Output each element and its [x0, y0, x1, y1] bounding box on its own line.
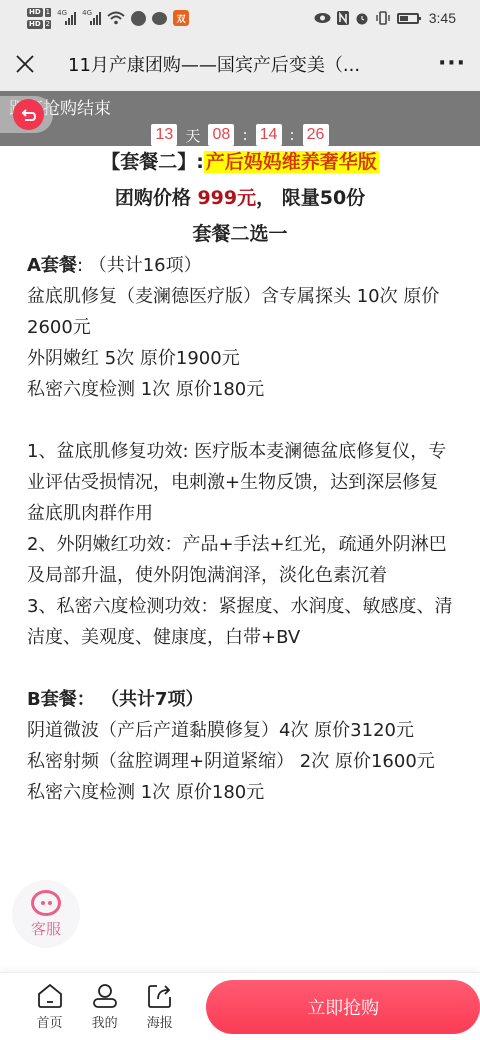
clock: 3:45: [429, 10, 456, 26]
package-b-item: 阴道微波（产后产道黏膜修复）4次 原价3120元: [27, 715, 453, 746]
effect-item: 1、盆底肌修复功效: 医疗版本麦澜德盆底修复仪，专业评估受损情况，电刺激+生物反…: [27, 436, 453, 529]
back-arrow-icon: [13, 99, 44, 130]
package-a-label: A套餐: [27, 255, 77, 276]
nav-mine[interactable]: 我的: [77, 983, 132, 1031]
alarm-icon: [355, 11, 369, 25]
status-right: 3:45: [314, 10, 456, 26]
signal-icon-2: 4G: [82, 11, 101, 25]
effect-item: 2、外阴嫩红功效：产品+手法+红光，疏通外阴淋巴及局部升温，使外阴饱满润泽，淡化…: [27, 529, 453, 591]
nav-poster[interactable]: 海报: [132, 983, 187, 1031]
sim1-icon: HD1: [27, 8, 51, 17]
package-a-item: 私密六度检测 1次 原价180元: [27, 374, 453, 405]
battery-icon: [397, 13, 419, 24]
countdown-timer: 13 天 08 : 14 : 26: [0, 124, 480, 146]
more-options-button[interactable]: ···: [424, 51, 480, 76]
price-prefix: 团购价格: [115, 187, 198, 209]
close-icon: [16, 55, 34, 73]
floating-back-button[interactable]: [0, 96, 53, 133]
page-content: 【套餐二】:产后妈妈维养奢华版 团购价格 999元， 限量50份 套餐二选一 A…: [0, 146, 480, 808]
package-b-label: B套餐： （共计7项）: [27, 689, 204, 710]
countdown-separator: :: [288, 126, 297, 144]
status-left: HD1 HD2 4G 4G 双: [27, 8, 189, 29]
countdown-bar: 距离抢购结束 13 天 08 : 14 : 26: [0, 91, 480, 146]
nav-home-label: 首页: [37, 1012, 63, 1031]
package-b-header: B套餐： （共计7项）: [27, 684, 453, 715]
countdown-seconds: 26: [303, 124, 329, 146]
countdown-separator: :: [240, 126, 249, 144]
effect-item: 3、私密六度检测功效：紧握度、水润度、敏感度、清洁度、美观度、健康度，白带+BV: [27, 591, 453, 653]
close-button[interactable]: [0, 36, 50, 91]
spacer: [27, 405, 453, 436]
app-notification-icon: 双: [173, 10, 189, 26]
eye-icon: [314, 12, 331, 24]
home-icon: [37, 983, 63, 1009]
headset-icon: [31, 890, 61, 916]
package-title: 【套餐二】:产后妈妈维养奢华版: [27, 146, 453, 178]
nav-home[interactable]: 首页: [22, 983, 77, 1031]
page-title: 11月产康团购——国宾产后变美（...: [50, 51, 424, 77]
price-suffix: ， 限量50份: [256, 187, 365, 209]
package-b-item: 私密六度检测 1次 原价180元: [27, 777, 453, 808]
sim-indicators: HD1 HD2: [27, 8, 51, 29]
status-bar: HD1 HD2 4G 4G 双 3:45: [0, 0, 480, 36]
countdown-hours: 08: [208, 124, 234, 146]
countdown-days: 13: [151, 124, 177, 146]
customer-service-button[interactable]: 客服: [12, 880, 80, 948]
package-title-prefix: 【套餐二】:: [101, 151, 204, 173]
choose-line: 套餐二选一: [27, 218, 453, 250]
chat-icon: [152, 12, 167, 25]
group-price: 999元: [197, 187, 256, 209]
buy-now-button[interactable]: 立即抢购: [206, 980, 480, 1034]
package-a-count: : （共计16项）: [77, 255, 202, 276]
countdown-minutes: 14: [256, 124, 282, 146]
package-a-header: A套餐: （共计16项）: [27, 250, 453, 281]
package-b-item: 私密射频（盆腔调理+阴道紧缩） 2次 原价1600元: [27, 746, 453, 777]
spacer: [27, 653, 453, 684]
nav-mine-label: 我的: [92, 1012, 118, 1031]
customer-service-label: 客服: [31, 918, 61, 939]
package-a-item: 外阴嫩红 5次 原价1900元: [27, 343, 453, 374]
vibrate-icon: [375, 11, 391, 25]
package-title-highlight: 产后妈妈维养奢华版: [204, 151, 379, 173]
vpn-icon: [131, 11, 146, 26]
nfc-icon: [337, 11, 349, 25]
signal-icon: 4G: [57, 11, 76, 25]
price-line: 团购价格 999元， 限量50份: [27, 178, 453, 218]
package-a-item: 盆底肌修复（麦澜德医疗版）含专属探头 10次 原价2600元: [27, 281, 453, 343]
sim2-icon: HD2: [27, 20, 51, 29]
title-bar: 11月产康团购——国宾产后变美（... ···: [0, 36, 480, 91]
nav-poster-label: 海报: [147, 1012, 173, 1031]
user-icon: [92, 983, 118, 1009]
countdown-day-unit: 天: [183, 125, 202, 146]
wifi-icon: [107, 11, 125, 25]
bottom-bar: 首页 我的 海报 立即抢购: [0, 972, 480, 1040]
more-icon: ···: [438, 51, 466, 76]
share-icon: [147, 983, 173, 1009]
